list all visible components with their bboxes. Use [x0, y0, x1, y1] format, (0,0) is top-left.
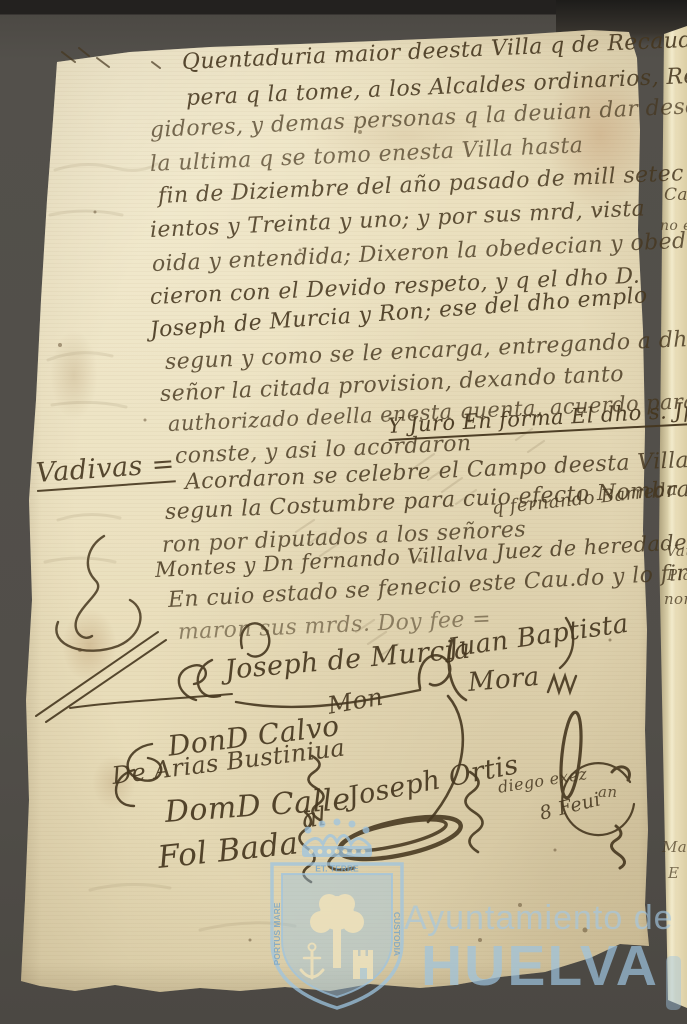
next-page-text-fragment: Cai — [664, 185, 687, 205]
next-page-text-fragment: E — [668, 864, 679, 882]
next-page-edge — [654, 26, 687, 1008]
next-page-text-fragment: non — [664, 590, 687, 608]
next-page-text-fragment: Pla — [667, 566, 687, 584]
page-edge-shading — [0, 0, 687, 1024]
manuscript-page — [0, 0, 687, 1024]
next-page-text-fragment: no e — [660, 218, 687, 234]
page-fold-highlight — [668, 26, 676, 1008]
manuscript-photo: Cai no e Vau Pla non Mar E — [0, 0, 687, 1024]
next-page-text-fragment: Vau — [666, 542, 687, 560]
next-page-text-fragment: Mar — [662, 838, 687, 856]
